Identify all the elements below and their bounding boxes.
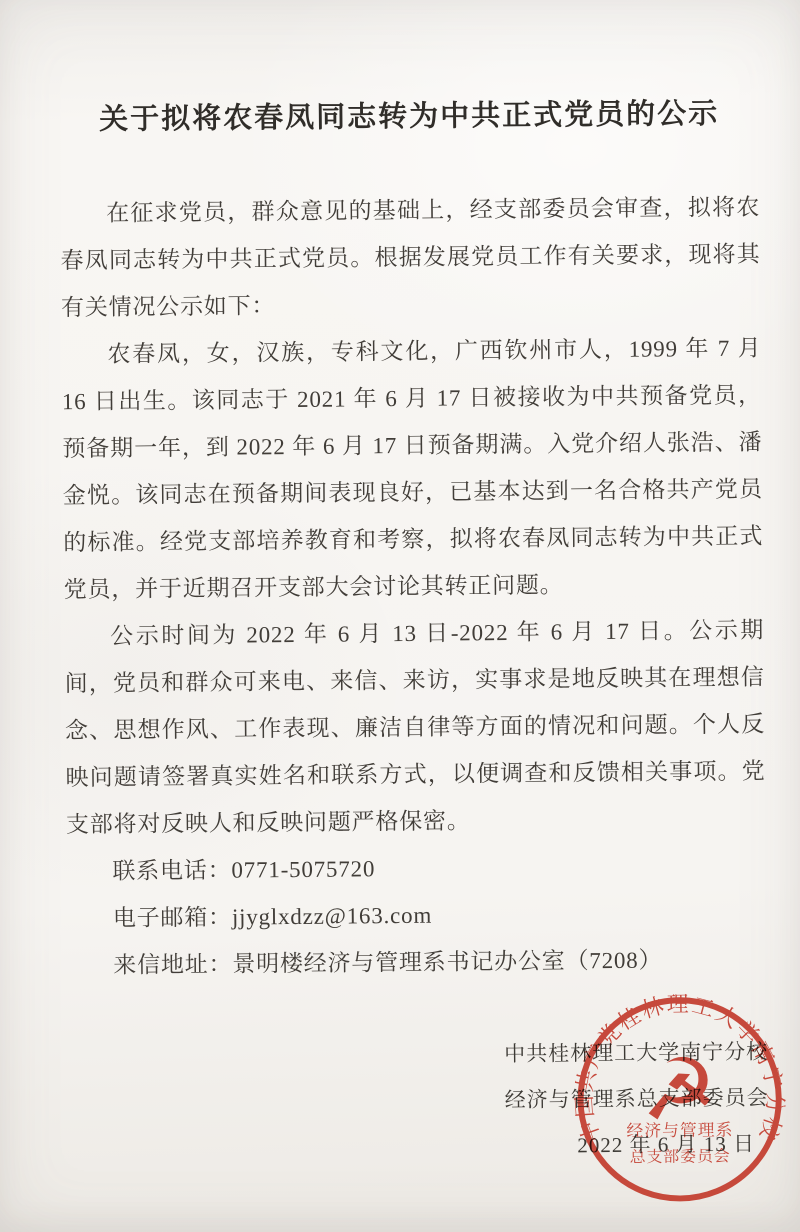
page-ink-layer: 关于拟将农春凤同志转为中共正式党员的公示 在征求党员，群众意见的基础上，经支部委…	[0, 0, 800, 1232]
notice-paragraph-member-info: 农春凤，女，汉族，专科文化，广西钦州市人，1999 年 7 月 16 日出生。该…	[61, 325, 764, 614]
contact-email-value: jjyglxdzz@163.com	[232, 903, 432, 930]
contact-email-label: 电子邮箱：	[113, 905, 232, 931]
signature-block: 中共桂林理工大学南宁分校 经济与管理系总支部委员会 2022 年 6 月 13 …	[68, 1028, 769, 1173]
contact-address-label: 来信地址：	[113, 952, 232, 978]
contact-phone-label: 联系电话：	[112, 858, 231, 884]
signature-org-line-2: 经济与管理系总支部委员会	[68, 1074, 768, 1127]
notice-paragraph-intro: 在征求党员，群众意见的基础上，经支部委员会审查，拟将农春凤同志转为中共正式党员。…	[60, 184, 761, 332]
scanned-notice-page: 关于拟将农春凤同志转为中共正式党员的公示 在征求党员，群众意见的基础上，经支部委…	[0, 0, 800, 1232]
contact-line-phone: 联系电话：0771-5075720	[66, 841, 766, 895]
contact-line-email: 电子邮箱：jjyglxdzz@163.com	[67, 888, 767, 942]
notice-content: 关于拟将农春凤同志转为中共正式党员的公示 在征求党员，群众意见的基础上，经支部委…	[0, 0, 800, 1174]
signature-date: 2022 年 6 月 13 日	[69, 1120, 769, 1173]
contact-phone-value: 0771-5075720	[231, 856, 375, 882]
contact-line-address: 来信地址：景明楼经济与管理系书记办公室（7208）	[67, 935, 767, 989]
notice-paragraph-publicity-period: 公示时间为 2022 年 6 月 13 日-2022 年 6 月 17 日。公示…	[64, 607, 766, 849]
signature-org-line-1: 中共桂林理工大学南宁分校	[68, 1028, 768, 1081]
notice-title: 关于拟将农春凤同志转为中共正式党员的公示	[59, 91, 759, 139]
contact-address-value: 景明楼经济与管理系书记办公室（7208）	[232, 947, 662, 976]
